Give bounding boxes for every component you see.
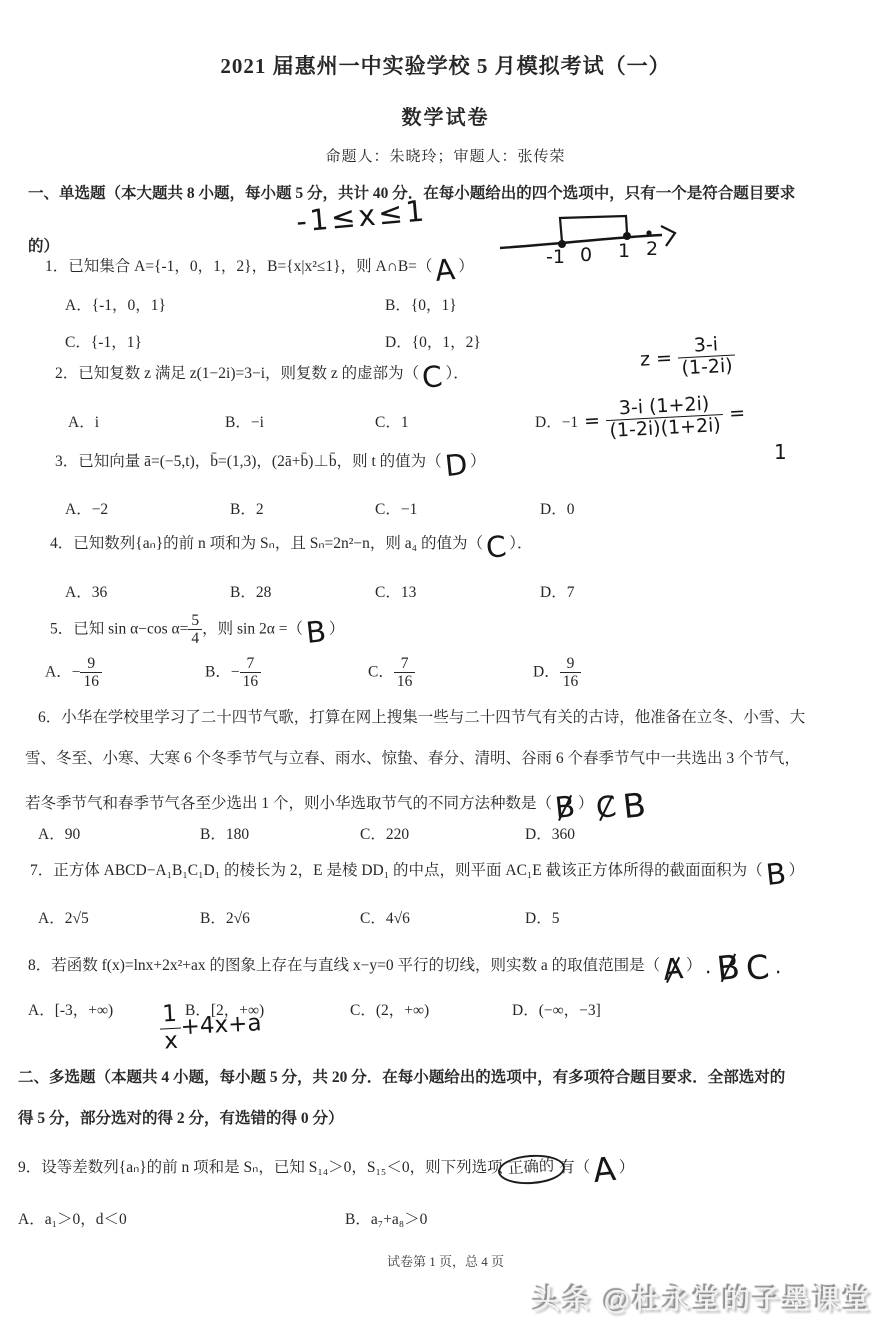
channel-watermark: 头条 @杜永堂的子墨课堂 bbox=[533, 1278, 873, 1317]
q5-option-d-fraction: 916 bbox=[560, 655, 582, 691]
q5-stem-pre: 5．已知 sin α−cos α= bbox=[50, 620, 188, 637]
q1-stem-close: ） bbox=[458, 258, 474, 275]
q1-option-c: C．{-1，1} bbox=[65, 330, 142, 352]
q5-option-b-denominator: 16 bbox=[240, 673, 262, 690]
q6-line3-text: 若冬季节气和春季节气各至少选出 1 个，则小华选取节气的不同方法种数是（ bbox=[25, 795, 552, 812]
question-7-stem: 7．正方体 ABCD−A₁B₁C₁D₁ 的棱长为 2，E 是棱 DD₁ 的中点，… bbox=[30, 861, 804, 887]
q5-option-b-numerator: 7 bbox=[240, 655, 262, 673]
q2-stem-text: 2．已知复数 z 满足 z(1−2i)=3−i，则复数 z 的虚部为（ bbox=[55, 365, 419, 382]
derivative-rest: +4x+a bbox=[180, 1010, 262, 1040]
q5-stem-fraction-denominator: 4 bbox=[188, 630, 202, 647]
q5-stem-post: ，则 sin 2α =（ bbox=[202, 620, 303, 637]
q5-option-b-label: B．− bbox=[205, 663, 240, 680]
q5-option-a-denominator: 16 bbox=[80, 673, 102, 690]
q3-handwritten-answer: D bbox=[443, 451, 468, 479]
q8-option-c: C．(2，+∞) bbox=[350, 998, 429, 1020]
work-z-equals: z = bbox=[639, 347, 672, 371]
derivative-fraction: 1x bbox=[159, 1002, 182, 1056]
work-equals-2: = bbox=[729, 402, 746, 425]
q2-option-a: A．i bbox=[68, 410, 99, 432]
q5-option-d-numerator: 9 bbox=[560, 655, 582, 673]
q3-option-b: B．2 bbox=[230, 497, 264, 519]
q5-option-a-fraction: 916 bbox=[80, 655, 102, 691]
section2-header-line1: 二、多选题（本题共 4 小题，每小题 5 分，共 20 分．在每小题给出的选项中… bbox=[18, 1068, 785, 1089]
q5-option-c-numerator: 7 bbox=[394, 655, 416, 673]
q5-option-c-label: C． bbox=[368, 663, 394, 680]
page-number-footer: 试卷第 1 页，总 4 页 bbox=[0, 1253, 891, 1271]
q5-option-d-denominator: 16 bbox=[560, 673, 582, 690]
handwritten-number-line: -1 0 1 2 bbox=[498, 206, 688, 266]
q5-option-b-fraction: 716 bbox=[240, 655, 262, 691]
work-fraction-1-denominator: (1-2i) bbox=[678, 356, 736, 380]
q2-handwritten-result-mark: 1 bbox=[774, 440, 787, 464]
authors-line: 命题人：朱晓玲；审题人：张传荣 bbox=[0, 147, 891, 167]
q9-handwritten-answer: A bbox=[592, 1154, 618, 1186]
q5-option-c-denominator: 16 bbox=[394, 673, 416, 690]
q2-option-b: B．−i bbox=[225, 410, 264, 432]
q8-stem-close: ） bbox=[686, 957, 702, 974]
question-8-stem: 8．若函数 f(x)=lnx+2x²+ax 的图象上存在与直线 x−y=0 平行… bbox=[28, 953, 784, 983]
q5-option-c: C．716 bbox=[368, 655, 415, 691]
q5-stem-close: ） bbox=[329, 620, 345, 637]
page-title: 2021 届惠州一中实验学校 5 月模拟考试（一） bbox=[0, 52, 891, 80]
q4-stem-text: 4．已知数列{aₙ}的前 n 项和为 Sₙ，且 Sₙ=2n²−n，则 a₄ 的值… bbox=[50, 535, 483, 552]
q7-option-a: A．2√5 bbox=[38, 906, 89, 928]
q8-stem-text: 8．若函数 f(x)=lnx+2x²+ax 的图象上存在与直线 x−y=0 平行… bbox=[28, 957, 660, 974]
q1-option-d: D．{0，1，2} bbox=[385, 330, 481, 352]
number-line-strokes bbox=[498, 206, 688, 266]
paper-subtitle: 数学试卷 bbox=[0, 105, 891, 132]
q6-line3-close: ） bbox=[578, 795, 594, 812]
q2-option-d: D．−1 bbox=[535, 410, 578, 432]
q3-option-c: C．−1 bbox=[375, 497, 417, 519]
q5-option-a-numerator: 9 bbox=[80, 655, 102, 673]
q8-option-a: A．[-3，+∞) bbox=[28, 998, 113, 1020]
q4-stem-close: ）． bbox=[509, 535, 532, 552]
q3-option-d: D．0 bbox=[540, 497, 574, 519]
q9-option-a: A．a₁＞0，d＜0 bbox=[18, 1207, 127, 1229]
number-line-label: 0 bbox=[580, 244, 592, 266]
exam-paper-page: 2021 届惠州一中实验学校 5 月模拟考试（一） 数学试卷 命题人：朱晓玲；审… bbox=[0, 0, 891, 1323]
q4-option-a: A．36 bbox=[65, 580, 107, 602]
q8-handwritten-dot-2: · bbox=[774, 963, 782, 982]
q8-handwritten-crossed-answer-2: B bbox=[715, 952, 741, 984]
q2-handwritten-work-line1: z = 3-i(1-2i) bbox=[639, 334, 736, 382]
q9-option-b: B．a₇+a₈＞0 bbox=[345, 1207, 427, 1229]
q9-stem-close: ） bbox=[619, 1159, 635, 1176]
question-6-line3: 若冬季节气和春季节气各至少选出 1 个，则小华选取节气的不同方法种数是（B）CB bbox=[25, 791, 648, 821]
question-2-stem: 2．已知复数 z 满足 z(1−2i)=3−i，则复数 z 的虚部为（C）． bbox=[55, 364, 469, 390]
q6-handwritten-final-answer: B bbox=[621, 790, 647, 822]
q7-stem-close: ） bbox=[789, 862, 805, 879]
q8-handwritten-dot-1: · bbox=[704, 963, 712, 982]
q5-stem-fraction: 54 bbox=[188, 612, 202, 648]
q6-option-c: C．220 bbox=[360, 822, 409, 844]
q8-handwritten-derivative: 1x+4x+a bbox=[159, 997, 263, 1055]
derivative-fraction-denominator: x bbox=[160, 1028, 182, 1055]
q2-handwritten-work-line2: = 3-i (1+2i)(1-2i)(1+2i) = bbox=[583, 392, 746, 444]
q5-option-c-fraction: 716 bbox=[394, 655, 416, 691]
q7-handwritten-answer: B bbox=[764, 860, 787, 888]
work-equals-1: = bbox=[584, 410, 601, 433]
q3-option-a: A．−2 bbox=[65, 497, 108, 519]
q6-option-b: B．180 bbox=[200, 822, 249, 844]
q5-option-a: A．−916 bbox=[45, 655, 102, 691]
q3-stem-text: 3．已知向量 ā=(−5,t)，b̄=(1,3)，(2ā+b̄)⊥b̄，则 t … bbox=[55, 453, 442, 470]
question-5-stem: 5．已知 sin α−cos α=54，则 sin 2α =（B） bbox=[50, 612, 344, 648]
number-line-label: 2 bbox=[646, 238, 658, 260]
q5-stem-fraction-numerator: 5 bbox=[188, 612, 202, 630]
q1-handwritten-answer: A bbox=[434, 256, 456, 284]
q7-option-c: C．4√6 bbox=[360, 906, 410, 928]
q7-stem-text: 7．正方体 ABCD−A₁B₁C₁D₁ 的棱长为 2，E 是棱 DD₁ 的中点，… bbox=[30, 862, 763, 879]
question-4-stem: 4．已知数列{aₙ}的前 n 项和为 Sₙ，且 Sₙ=2n²−n，则 a₄ 的值… bbox=[50, 534, 532, 560]
q9-handwritten-circle-mark: 正确的 bbox=[497, 1153, 565, 1186]
q6-handwritten-crossed-answer-1: B bbox=[554, 793, 577, 821]
q5-option-a-label: A．− bbox=[45, 663, 80, 680]
q8-handwritten-final-answer: C bbox=[744, 952, 770, 984]
q5-option-b: B．−716 bbox=[205, 655, 261, 691]
q5-option-d: D．916 bbox=[533, 655, 581, 691]
q1-option-a: A．{-1，0，1} bbox=[65, 293, 166, 315]
work-fraction-2: 3-i (1+2i)(1-2i)(1+2i) bbox=[605, 393, 724, 443]
work-fraction-2-denominator: (1-2i)(1+2i) bbox=[606, 415, 724, 442]
q8-handwritten-crossed-answer-1: A bbox=[662, 955, 684, 983]
q1-option-b: B．{0，1} bbox=[385, 293, 457, 315]
number-line-label: 1 bbox=[618, 240, 630, 262]
number-line-label: -1 bbox=[546, 246, 565, 268]
question-6-line1: 6．小华在学校里学习了二十四节气歌，打算在网上搜集一些与二十四节气有关的古诗，他… bbox=[38, 708, 805, 729]
derivative-fraction-numerator: 1 bbox=[159, 1002, 181, 1030]
work-fraction-1: 3-i(1-2i) bbox=[677, 334, 736, 380]
question-3-stem: 3．已知向量 ā=(−5,t)，b̄=(1,3)，(2ā+b̄)⊥b̄，则 t … bbox=[55, 452, 486, 478]
section2-header-line2: 得 5 分，部分选对的得 2 分，有选错的得 0 分） bbox=[18, 1109, 344, 1130]
question-9-stem: 9．设等差数列{aₙ}的前 n 项和是 Sₙ，已知 S₁₄＞0，S₁₅＜0，则下… bbox=[18, 1155, 634, 1185]
q5-handwritten-answer: B bbox=[305, 618, 328, 646]
q2-handwritten-answer: C bbox=[421, 363, 444, 391]
q6-option-d: D．360 bbox=[525, 822, 575, 844]
q7-option-b: B．2√6 bbox=[200, 906, 250, 928]
q9-stem-pre: 9．设等差数列{aₙ}的前 n 项和是 Sₙ，已知 S₁₄＞0，S₁₅＜0，则下… bbox=[18, 1159, 503, 1176]
q5-option-d-label: D． bbox=[533, 663, 560, 680]
q3-stem-close: ） bbox=[470, 453, 486, 470]
q4-option-c: C．13 bbox=[375, 580, 416, 602]
q4-option-d: D．7 bbox=[540, 580, 574, 602]
q8-option-d: D．(−∞，−3] bbox=[512, 998, 601, 1020]
q4-option-b: B．28 bbox=[230, 580, 271, 602]
q6-handwritten-crossed-answer-2: C bbox=[595, 793, 618, 821]
section1-header-line2: 的） bbox=[28, 237, 59, 258]
question-1-stem: 1．已知集合 A={-1，0，1，2}，B={x|x²≤1}，则 A∩B=（A） bbox=[45, 257, 474, 283]
q7-option-d: D．5 bbox=[525, 906, 559, 928]
q2-option-c: C．1 bbox=[375, 410, 409, 432]
question-6-line2: 雪、冬至、小寒、大寒 6 个冬季节气与立春、雨水、惊蛰、春分、清明、谷雨 6 个… bbox=[25, 749, 800, 770]
q4-handwritten-answer: C bbox=[485, 533, 508, 561]
q1-stem-text: 1．已知集合 A={-1，0，1，2}，B={x|x²≤1}，则 A∩B=（ bbox=[45, 258, 432, 275]
q2-stem-close: ）． bbox=[445, 365, 468, 382]
q6-option-a: A．90 bbox=[38, 822, 80, 844]
